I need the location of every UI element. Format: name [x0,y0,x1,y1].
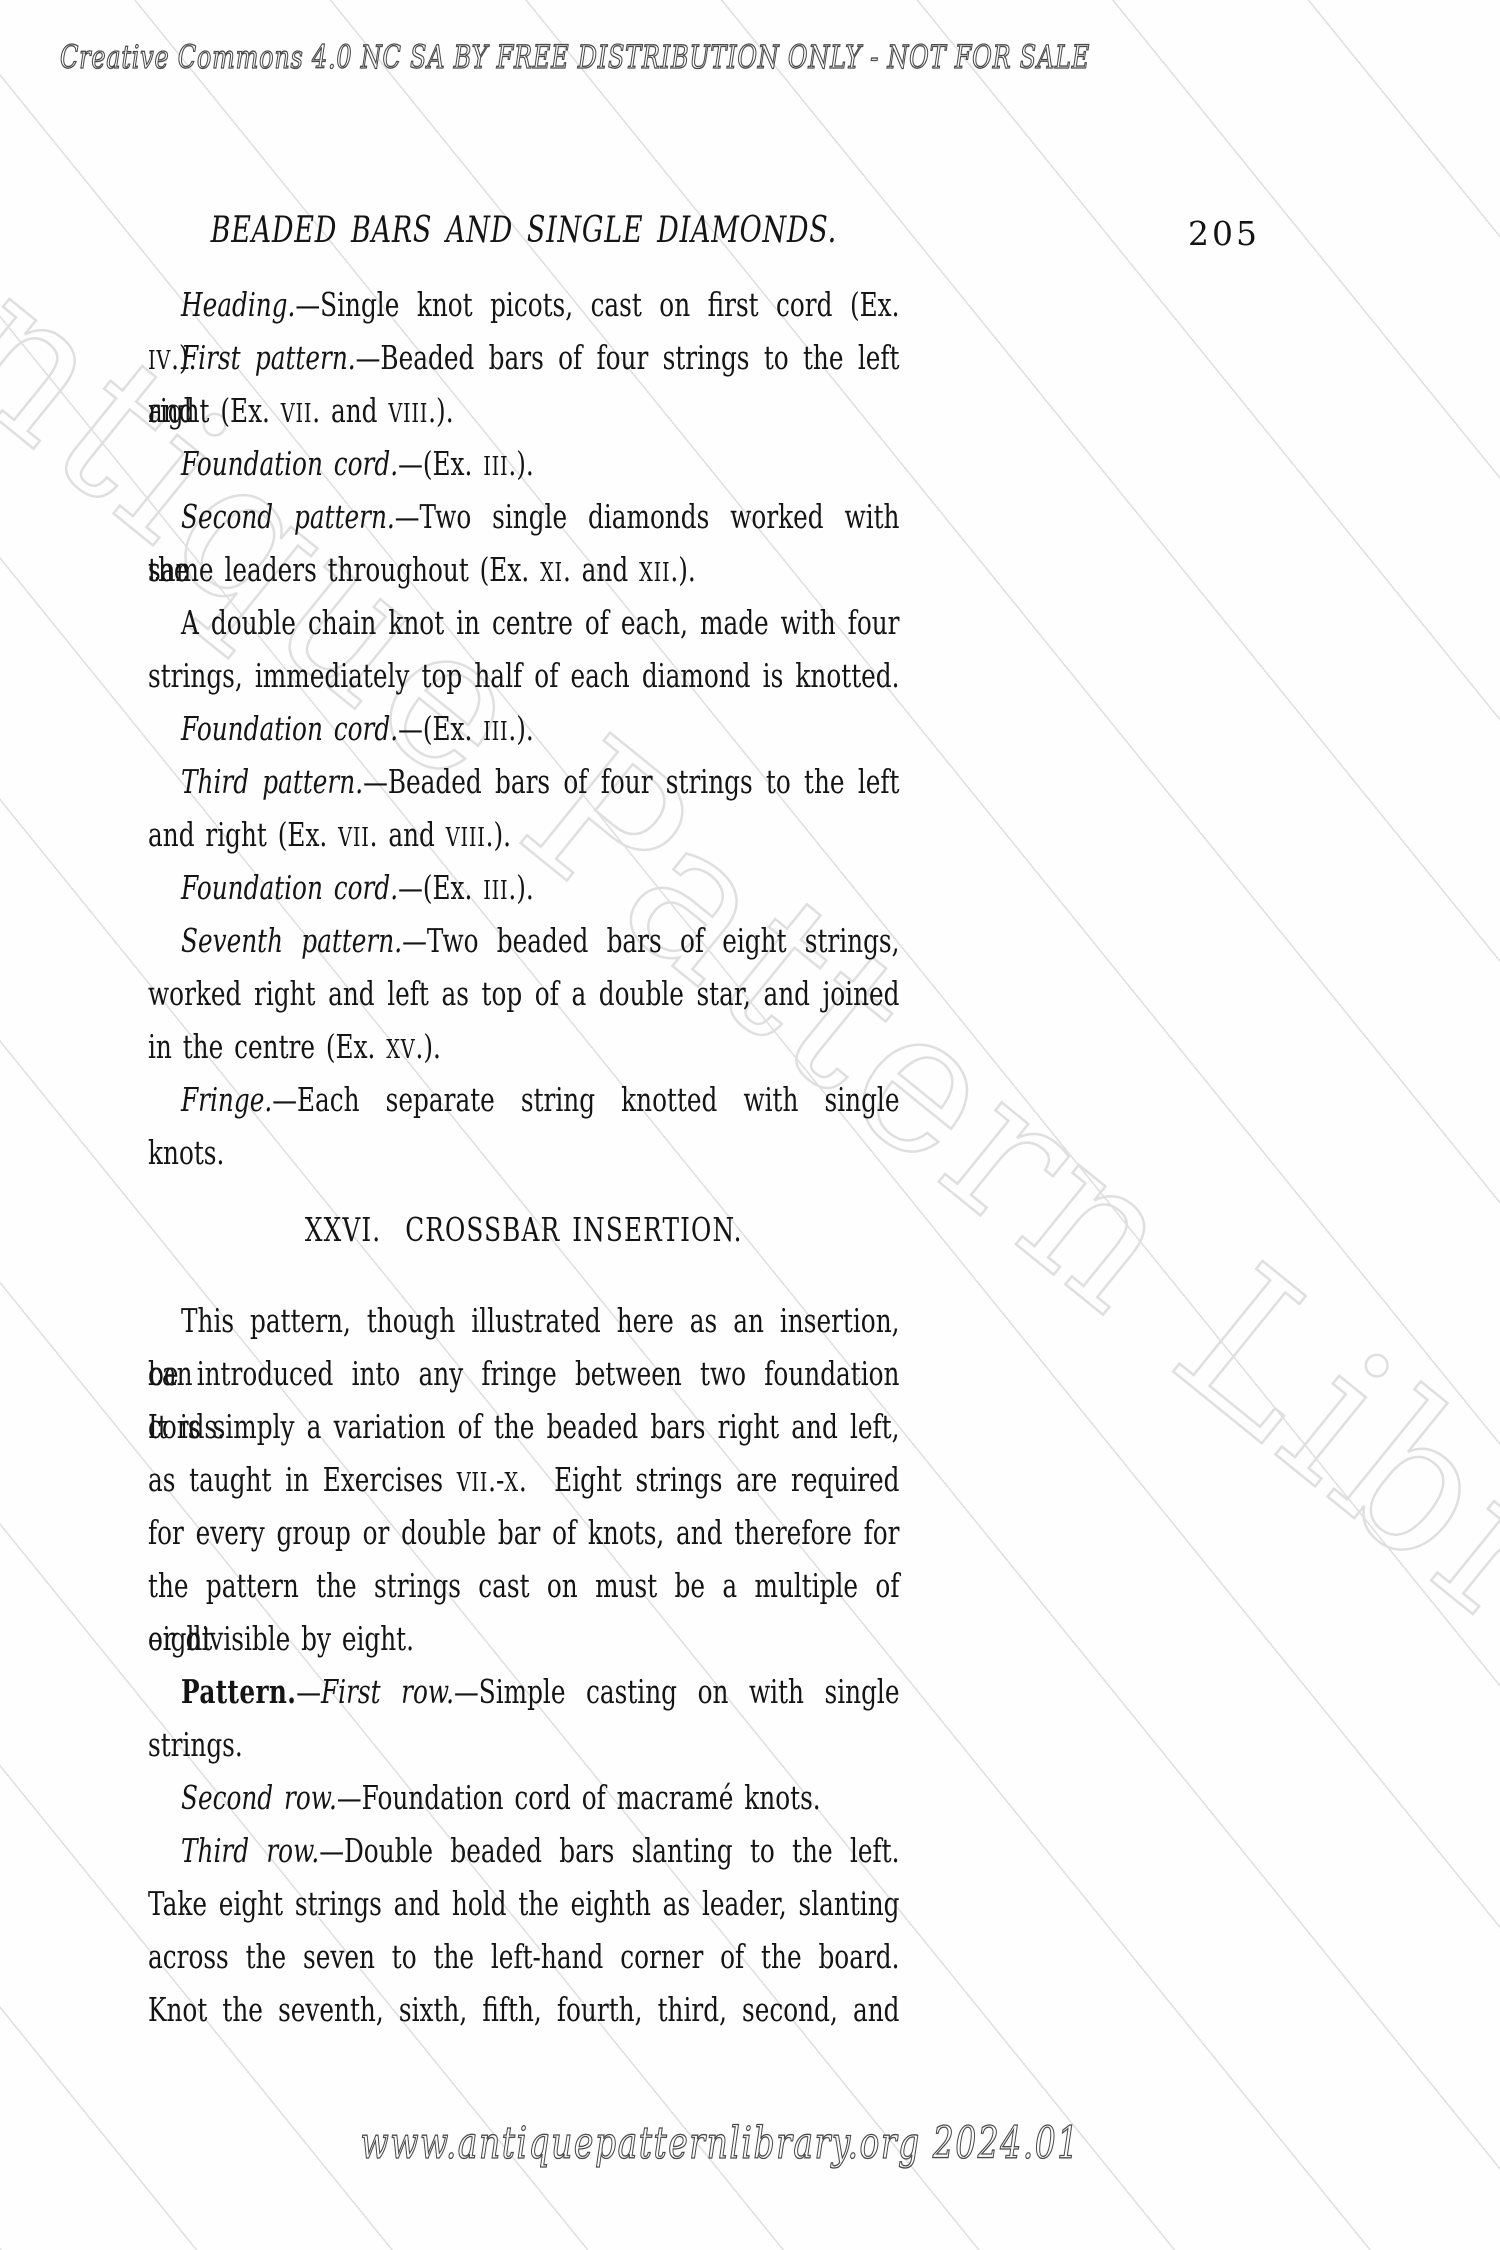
text-line: Foundation cord.—(Ex. III.). [148,861,900,914]
text-line: as taught in Exercises VII.-X. Eight str… [148,1453,900,1506]
text-segment: . Eight strings are required [519,1460,900,1499]
text-line: across the seven to the left-hand corner… [148,1930,900,1983]
text-segment: X [504,1468,518,1498]
text-segment: worked right and left as top of a double… [148,974,900,1013]
text-line: for every group or double bar of knots, … [148,1506,900,1559]
text-segment: —Beaded bars of four strings to the left [363,762,899,801]
text-line: be introduced into any fringe between tw… [148,1347,900,1400]
text-line: or divisible by eight. [148,1612,900,1665]
text-line: Seventh pattern.—Two beaded bars of eigh… [148,914,900,967]
text-segment: III [483,876,508,906]
text-segment: .). [670,550,695,589]
text-segment: VII [457,1468,488,1498]
text-line: Second pattern.—Two single diamonds work… [148,490,900,543]
text-segment: XII [639,558,670,588]
text-segment: Third pattern. [181,762,363,801]
text-segment: XI [540,558,563,588]
text-line: strings, immediately top half of each di… [148,649,900,702]
text-segment: —Two beaded bars of eight strings, [402,921,899,960]
text-segment: VIII [446,823,486,853]
text-segment: III [483,452,508,482]
text-segment: Seventh pattern. [181,921,402,960]
text-segment: It is simply a variation of the beaded b… [148,1407,900,1446]
text-segment: —(Ex. [398,444,483,483]
text-line: First pattern.—Beaded bars of four strin… [148,331,900,384]
text-segment: First pattern. [181,338,356,377]
text-line: strings. [148,1718,900,1771]
text-line: A double chain knot in centre of each, m… [148,596,900,649]
text-segment: strings, immediately top half of each di… [148,656,900,695]
text-segment: and right (Ex. [148,815,338,854]
text-segment: IV [148,346,171,376]
text-segment: VII [281,399,312,429]
text-segment: or divisible by eight. [148,1619,414,1658]
text-segment: Foundation cord. [181,444,398,483]
text-segment: VIII [388,399,428,429]
text-segment: —(Ex. [398,868,483,907]
body-text-block-2: This pattern, though illustrated here as… [148,1294,900,2036]
license-banner: Creative Commons 4.0 NC SA BY FREE DISTR… [60,38,984,76]
text-segment: as taught in Exercises [148,1460,457,1499]
text-line: right (Ex. VII. and VIII.). [148,384,900,437]
text-line: Second row.—Foundation cord of macramé k… [148,1771,900,1824]
text-segment: . and [563,550,639,589]
text-segment: Foundation cord. [181,868,398,907]
text-segment: .). [415,1027,440,1066]
text-segment: VII [338,823,369,853]
text-segment: in the centre (Ex. [148,1027,386,1066]
text-line: Heading.—Single knot picots, cast on fir… [148,278,900,331]
text-segment: . and [370,815,446,854]
text-segment: —Single knot picots, cast on first cord … [295,285,899,324]
text-segment: .). [508,444,533,483]
page-content: Creative Commons 4.0 NC SA BY FREE DISTR… [0,0,1500,2250]
text-segment: Take eight strings and hold the eighth a… [148,1884,900,1923]
text-line: Pattern.—First row.—Simple casting on wi… [148,1665,900,1718]
text-segment: across the seven to the left-hand corner… [148,1937,900,1976]
text-line: Take eight strings and hold the eighth a… [148,1877,900,1930]
text-segment: First row. [321,1672,454,1711]
text-segment: Fringe. [181,1080,272,1119]
footer-url: www.antiquepatternlibrary.org 2024.01 [215,2118,1225,2169]
text-segment: —Double beaded bars slanting to the left… [319,1831,899,1870]
text-line: in the centre (Ex. XV.). [148,1020,900,1073]
scanned-book-page: Antique Pattern Library Creative Commons… [0,0,1500,2250]
text-segment: XV [386,1035,415,1065]
text-segment: Foundation cord. [181,709,398,748]
text-segment: Third row. [181,1831,319,1870]
text-segment: right (Ex. [148,391,281,430]
text-segment: .). [508,868,533,907]
text-segment: for every group or double bar of knots, … [148,1513,900,1552]
text-segment: A double chain knot in centre of each, m… [181,603,900,642]
text-segment: strings. [148,1725,243,1764]
body-text-block-1: Heading.—Single knot picots, cast on fir… [148,278,900,1126]
text-line: It is simply a variation of the beaded b… [148,1400,900,1453]
text-segment: .). [486,815,511,854]
text-segment: .). [508,709,533,748]
text-segment: —Simple casting on with single [454,1672,900,1711]
text-line: the pattern the strings cast on must be … [148,1559,900,1612]
text-segment: Pattern. [181,1672,296,1711]
text-line: Knot the seventh, sixth, fifth, fourth, … [148,1983,900,2036]
text-segment: .). [428,391,453,430]
text-segment: Second pattern. [181,497,395,536]
text-line: and right (Ex. VII. and VIII.). [148,808,900,861]
text-line: same leaders throughout (Ex. XI. and XII… [148,543,900,596]
text-segment: — [296,1672,321,1711]
text-segment: same leaders throughout (Ex. [148,550,540,589]
running-title: BEADED BARS AND SINGLE DIAMONDS. [148,210,900,251]
text-segment: Knot the seventh, sixth, fifth, fourth, … [148,1990,900,2029]
text-segment: Heading. [181,285,295,324]
text-segment: Second row. [181,1778,337,1817]
text-segment: —(Ex. [398,709,483,748]
text-segment: .- [488,1460,504,1499]
text-line: Third row.—Double beaded bars slanting t… [148,1824,900,1877]
text-segment: III [483,717,508,747]
text-line: Foundation cord.—(Ex. III.). [148,437,900,490]
text-line: Foundation cord.—(Ex. III.). [148,702,900,755]
text-line: This pattern, though illustrated here as… [148,1294,900,1347]
text-segment: —Foundation cord of macramé knots. [337,1778,821,1817]
text-line: worked right and left as top of a double… [148,967,900,1020]
text-segment: . and [312,391,388,430]
page-number: 205 [1188,214,1260,253]
text-line: Fringe.—Each separate string knotted wit… [148,1073,900,1126]
section-heading: XXVI. CROSSBAR INSERTION. [148,1210,900,1249]
text-line: Third pattern.—Beaded bars of four strin… [148,755,900,808]
